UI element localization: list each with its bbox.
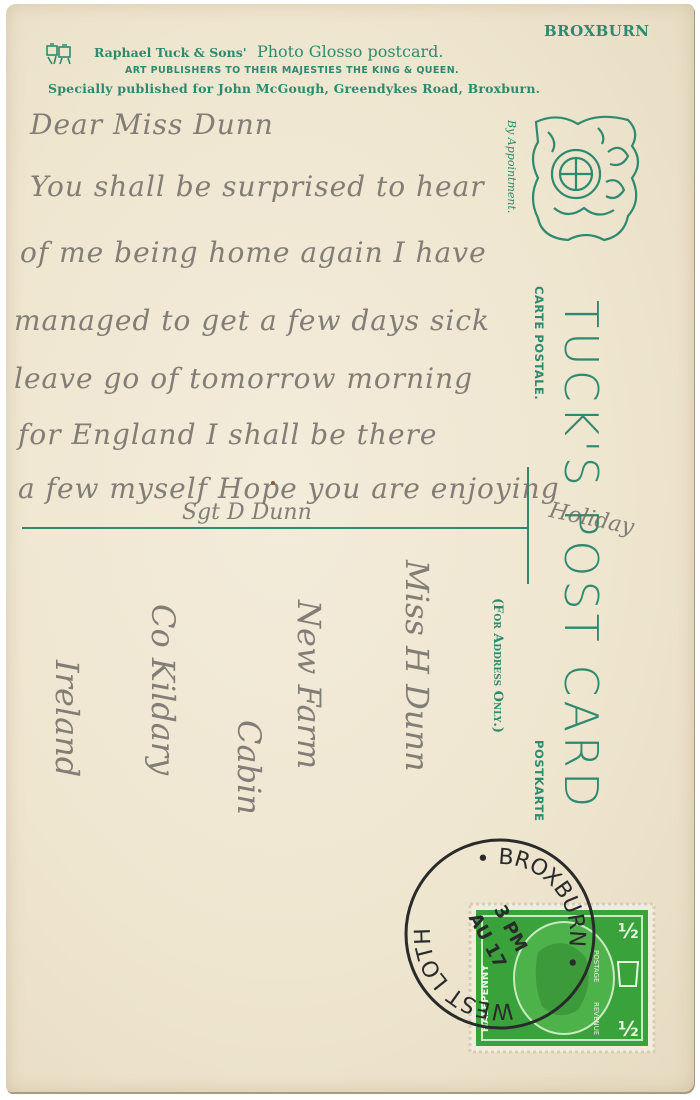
message-line: You shall be surprised to hear (30, 170, 485, 203)
special-publication-line: Specially published for John McGough, Gr… (48, 81, 540, 96)
product-name: Photo Glosso postcard. (257, 42, 444, 61)
svg-text:½: ½ (618, 1017, 639, 1041)
carte-postale-text: CARTE POSTALE. (532, 286, 546, 400)
for-address-only-text: (For Address Only.) (490, 598, 505, 733)
signature: Sgt D Dunn (182, 500, 312, 525)
royal-coat-of-arms-icon (528, 112, 644, 244)
message-divider-line (22, 527, 528, 529)
address-line: Co Kildary (144, 604, 182, 775)
tucks-post-card-title: TUCK'S POST CARD (554, 300, 608, 811)
message-line: leave go of tomorrow morning (14, 362, 473, 395)
message-line: Dear Miss Dunn (30, 108, 274, 141)
svg-text:½: ½ (618, 919, 639, 943)
message-line: of me being home again I have (20, 236, 487, 269)
message-line: for England I shall be there (18, 418, 437, 451)
address-line: Cabin (230, 720, 268, 815)
postkarte-text: POSTKARTE (532, 740, 546, 822)
printed-town-name: BROXBURN (544, 22, 650, 40)
address-line: Ireland (48, 660, 86, 777)
address-line: Miss H Dunn (398, 560, 436, 772)
address-line: New Farm (290, 600, 328, 769)
publisher-line: Raphael Tuck & Sons' Photo Glosso postca… (94, 42, 443, 61)
appointment-line: ART PUBLISHERS TO THEIR MAJESTIES THE KI… (125, 65, 459, 76)
message-line: managed to get a few days sick (14, 304, 490, 337)
tuck-easel-logo-icon (44, 42, 74, 66)
publisher-name: Raphael Tuck & Sons' (94, 45, 247, 60)
by-appointment-text: By Appointment. (505, 120, 518, 213)
broxburn-postmark: • BROXBURN • WEST LOTHIAN 3 PM AU 17 (402, 836, 598, 1032)
